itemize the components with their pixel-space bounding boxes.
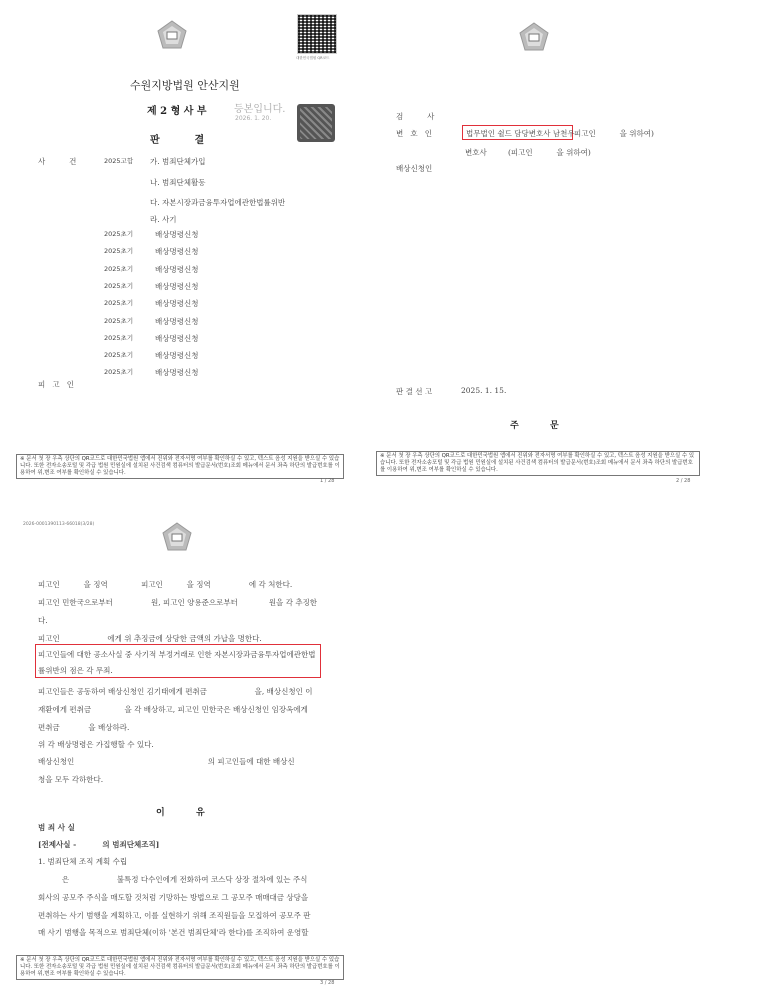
- case-number: 2025고합: [104, 156, 133, 165]
- document-type: 판 결: [150, 131, 204, 146]
- compensation-case-title: 배상명령신청: [155, 333, 198, 344]
- document-id: 2026-0001390113-66018(3/28): [23, 522, 94, 527]
- compensation-case-title: 배상명령신청: [155, 264, 198, 275]
- order-heading: 주 문: [510, 418, 559, 431]
- counsel-label: 변 호 인: [396, 128, 432, 139]
- page-number: 3 / 28: [320, 980, 334, 986]
- certified-copy-text: 등본입니다.: [234, 100, 285, 115]
- order-line: 피고인 민한국으로부터 원, 피고인 양용준으로부터 원을 각 추징한: [38, 597, 317, 608]
- prosecutor-label: 검 사: [396, 111, 434, 122]
- acquittal-line: 률위반의 점은 각 무죄.: [38, 665, 113, 676]
- qr-caption: 대한민국법원 QR코드: [296, 56, 329, 61]
- charge-item: 나. 범죄단체활동: [150, 177, 205, 188]
- certified-date: 2026. 1. 20.: [235, 115, 271, 122]
- verification-notice: ※ 문서 첫 장 우측 상단의 QR코드로 대한민국법원 앱에서 진위와 전자서…: [376, 451, 700, 476]
- compensation-case-number: 2025초기: [104, 367, 133, 376]
- compensation-case-number: 2025초기: [104, 264, 133, 273]
- order-line: 피고인 에게 위 추징금에 상당한 금액의 가납을 명한다.: [38, 633, 262, 644]
- court-name: 수원지방법원 안산지원: [130, 77, 240, 93]
- counsel2-represents: (피고인 을 위하여): [508, 147, 591, 158]
- defendant-label: 피 고 인: [38, 379, 74, 390]
- compensation-case-number: 2025초기: [104, 333, 133, 342]
- section1-heading: 1. 범죄단체 조직 계획 수립: [38, 856, 127, 867]
- case-label: 사 건: [38, 156, 76, 167]
- compensation-case-number: 2025초기: [104, 229, 133, 238]
- compensation-case-title: 배상명령신청: [155, 316, 198, 327]
- order-line: 위 각 배상명령은 가집행할 수 있다.: [38, 739, 154, 750]
- judgment-page-1: 대한민국법원 QR코드 수원지방법원 안산지원 제 2 형 사 부 등본입니다.…: [0, 0, 384, 495]
- counsel-represents: 피고인 을 위하여): [574, 128, 654, 139]
- order-line: 배상신청인 의 피고인들에 대한 배상신: [38, 756, 295, 767]
- compensation-case-title: 배상명령신청: [155, 229, 198, 240]
- order-line: 재환에게 편취금 을 각 배상하고, 피고인 민한국은 배상신청인 임장옥에게: [38, 704, 308, 715]
- order-line: 편취금 을 배상하라.: [38, 722, 129, 733]
- counsel2-label: 변호사: [465, 147, 487, 158]
- acquittal-line: 피고인들에 대한 공소사실 중 사기적 부정거래로 인한 자본시장과금융투자업에…: [38, 649, 316, 660]
- premise-heading: [전제사실 - 의 범죄단체조직]: [38, 839, 159, 850]
- compensation-case-number: 2025초기: [104, 316, 133, 325]
- court-emblem-icon: [519, 22, 549, 52]
- facts-line: 편취하는 사기 범행을 계획하고, 이를 실현하기 위해 조직원들을 모집하여 …: [38, 910, 311, 921]
- facts-heading: 범 죄 사 실: [38, 822, 75, 833]
- court-seal-stamp: [297, 104, 335, 142]
- charge-item: 라. 사기: [150, 214, 177, 225]
- qr-code[interactable]: [297, 14, 337, 54]
- division-name: 제 2 형 사 부: [147, 102, 207, 117]
- compensation-case-title: 배상명령신청: [155, 350, 198, 361]
- court-emblem-icon: [157, 20, 187, 50]
- compensation-case-number: 2025초기: [104, 246, 133, 255]
- order-line: 청을 모두 각하한다.: [38, 774, 103, 785]
- compensation-case-title: 배상명령신청: [155, 246, 198, 257]
- compensation-case-number: 2025초기: [104, 350, 133, 359]
- compensation-case-title: 배상명령신청: [155, 298, 198, 309]
- facts-line: 매 사기 범행을 목적으로 범죄단체(이하 '본건 범죄단체'라 한다)를 조직…: [38, 927, 309, 938]
- order-line: 피고인들은 공동하여 배상신청인 김기태에게 편취금 을, 배상신청인 이: [38, 686, 312, 697]
- applicant-label: 배상신청인: [396, 163, 432, 174]
- compensation-case-title: 배상명령신청: [155, 367, 198, 378]
- compensation-case-number: 2025초기: [104, 281, 133, 290]
- facts-line: 은 불특정 다수인에게 전화하여 코스닥 상장 절차에 있는 주식: [38, 874, 307, 885]
- page-number: 2 / 28: [676, 478, 690, 484]
- sentencing-date: 2025. 1. 15.: [461, 386, 506, 395]
- facts-line: 회사의 공모주 주식을 매도할 것처럼 기망하는 방법으로 그 공모주 매매대금…: [38, 892, 308, 903]
- judgment-page-2: 검 사 변 호 인 법무법인 쉴드 담당변호사 남천우 피고인 을 위하여) 변…: [384, 0, 768, 495]
- verification-notice: ※ 문서 첫 장 우측 상단의 QR코드로 대한민국법원 앱에서 진위와 전자서…: [16, 955, 344, 980]
- compensation-case-title: 배상명령신청: [155, 281, 198, 292]
- court-emblem-icon: [162, 522, 192, 552]
- counsel-name: 법무법인 쉴드 담당변호사 남천우: [466, 128, 575, 139]
- compensation-case-number: 2025초기: [104, 298, 133, 307]
- order-line: 피고인 을 징역 피고인 을 징역 에 각 처한다.: [38, 579, 292, 590]
- page-number: 1 / 28: [320, 478, 334, 484]
- sentencing-label: 판 결 선 고: [396, 386, 432, 397]
- judgment-page-3: 2026-0001390113-66018(3/28) 피고인 을 징역 피고인…: [0, 500, 384, 995]
- verification-notice: ※ 문서 첫 장 우측 상단의 QR코드로 대한민국법원 앱에서 진위와 전자서…: [16, 454, 344, 479]
- reason-heading: 이 유: [156, 805, 205, 818]
- order-line: 다.: [38, 615, 48, 626]
- charge-item: 가. 범죄단체가입: [150, 156, 205, 167]
- charge-item: 다. 자본시장과금융투자업에관한법률위반: [150, 197, 285, 208]
